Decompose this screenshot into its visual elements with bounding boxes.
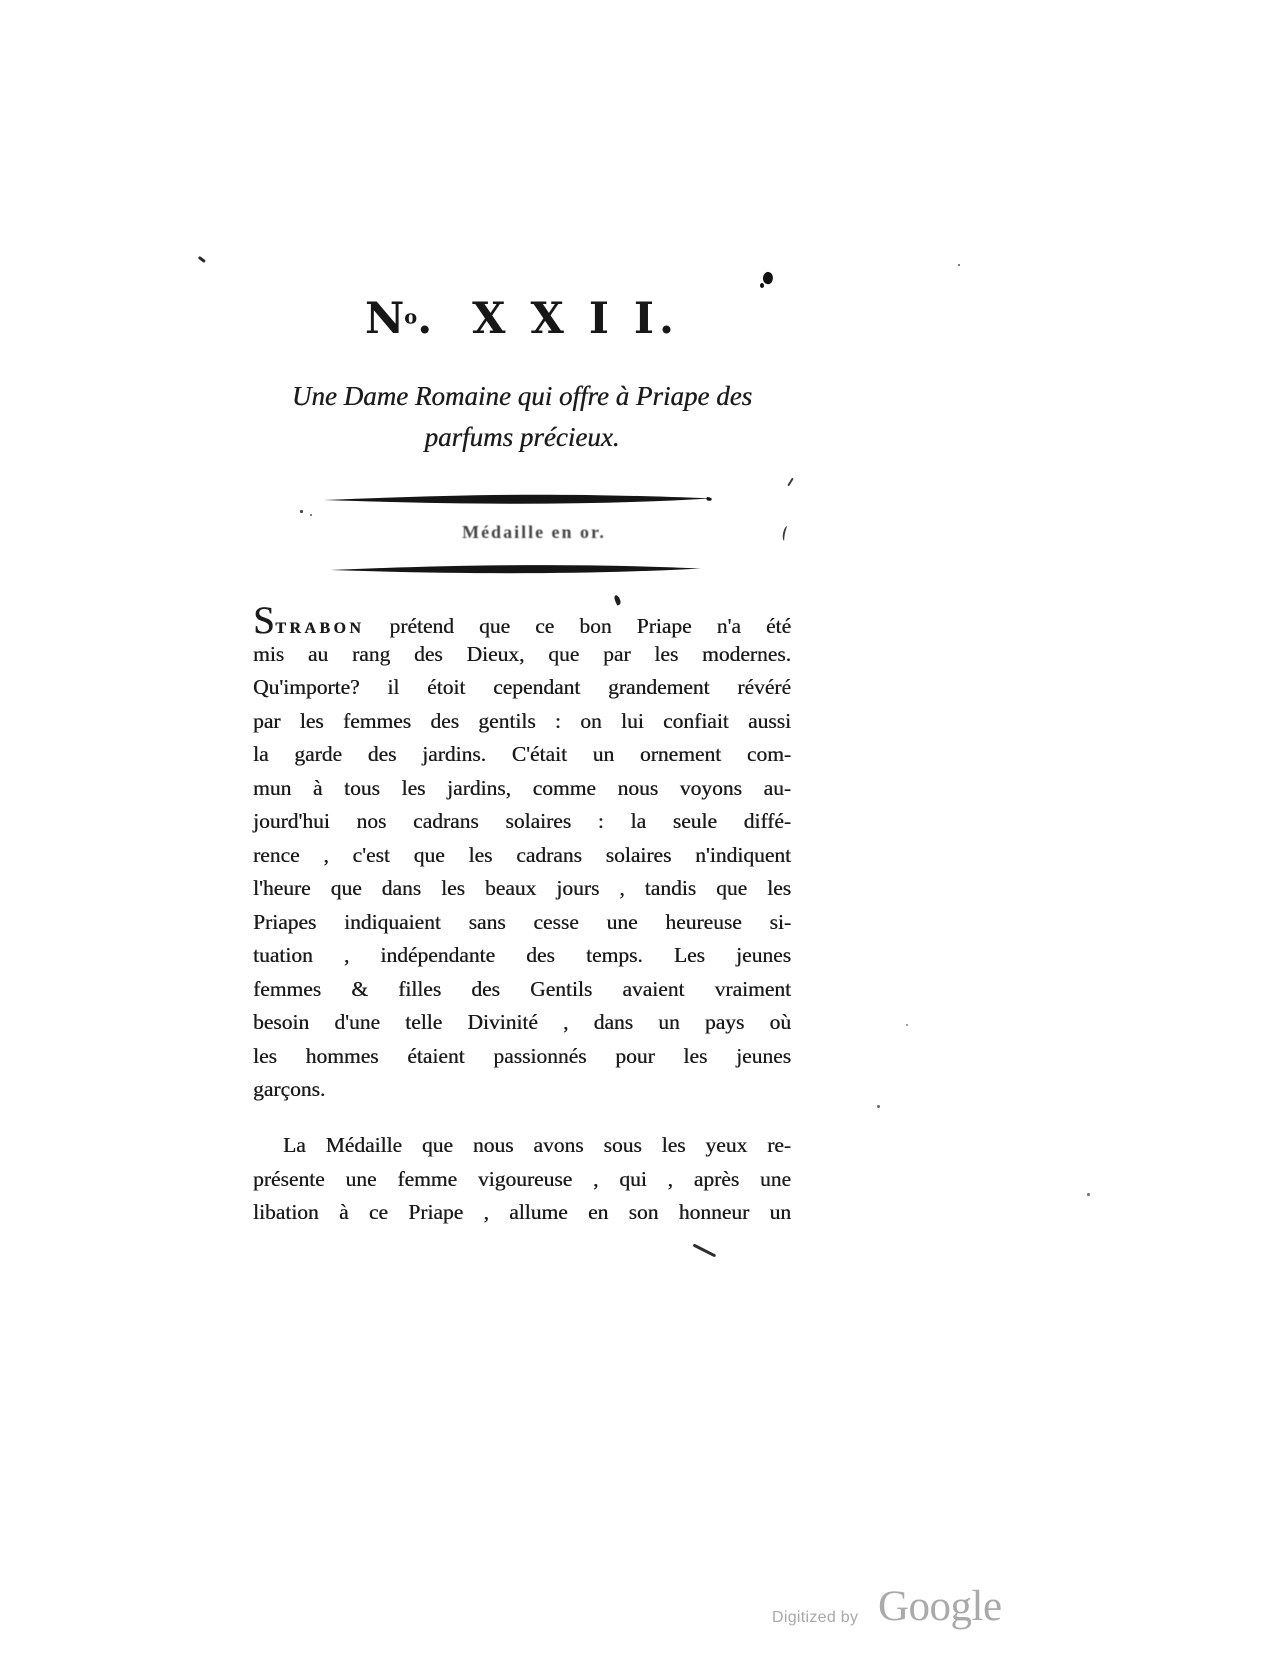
book-page-scan: No.X X I I. Une Dame Romaine qui offre à… [0,0,1280,1669]
medal-caption: Médaille en or. [265,522,803,543]
swelled-rule-bottom [329,562,703,578]
heading-period: . [417,294,432,344]
text-line: les hommes étaient passionnés pour les j… [253,1040,791,1074]
text-line: tuation , indépendante des temps. Les je… [253,939,791,973]
ink-speck [300,510,303,513]
text-line: libation à ce Priape , allume en son hon… [253,1196,791,1230]
lead-smallcaps: TRABON [275,620,364,637]
text-line: rence , c'est que les cadrans solaires n… [253,839,791,873]
lead-capital: S [253,599,275,642]
text-line: STRABON prétend que ce bon Priape n'a ét… [253,604,791,638]
swelled-rule-top [323,491,713,509]
text-line: mun à tous les jardins, comme nous voyon… [253,772,791,806]
ink-speck [906,1024,908,1026]
text-run: prétend que ce bon Priape n'a été [389,614,791,638]
text-line: par les femmes des gentils : on lui conf… [253,705,791,739]
google-watermark: Digitized by Google [770,1588,1060,1648]
text-line: la garde des jardins. C'était un ornemen… [253,738,791,772]
google-logo: Google [878,1582,1002,1631]
heading-roman-numeral: X X I I. [472,294,679,344]
chapter-number-heading: No.X X I I. [253,294,791,344]
ink-speck [877,1105,880,1108]
heading-n: N [365,294,404,344]
subtitle-line: Une Dame Romaine qui offre à Priape des [253,376,791,417]
ink-speck [760,283,764,288]
text-line: besoin d'une telle Divinité , dans un pa… [253,1006,791,1040]
text-line: garçons. [253,1073,791,1107]
text-line: l'heure que dans les beaux jours , tandi… [253,872,791,906]
text-line: jourd'hui nos cadrans solaires : la seul… [253,805,791,839]
ink-speck [958,264,960,266]
text-line: mis au rang des Dieux, que par les moder… [253,638,791,672]
subtitle-line: parfums précieux. [253,417,791,458]
text-line: Priapes indiquaient sans cesse une heure… [253,906,791,940]
text-line: présente une femme vigoureuse , qui , ap… [253,1163,791,1197]
ink-speck [198,256,206,263]
text-line: femmes & filles des Gentils avaient vrai… [253,973,791,1007]
chapter-subtitle: Une Dame Romaine qui offre à Priape des … [253,376,791,458]
text-column: No.X X I I. Une Dame Romaine qui offre à… [253,0,791,1669]
paragraph-1: STRABON prétend que ce bon Priape n'a ét… [253,604,791,1107]
heading-superscript-o: o [404,305,417,328]
text-line: Qu'importe? il étoit cependant grandemen… [253,671,791,705]
ink-speck [1087,1193,1090,1196]
ink-speck [310,514,312,516]
digitized-by-label: Digitized by [772,1609,858,1627]
text-line: La Médaille que nous avons sous les yeux… [253,1129,791,1163]
paragraph-2: La Médaille que nous avons sous les yeux… [253,1129,791,1230]
